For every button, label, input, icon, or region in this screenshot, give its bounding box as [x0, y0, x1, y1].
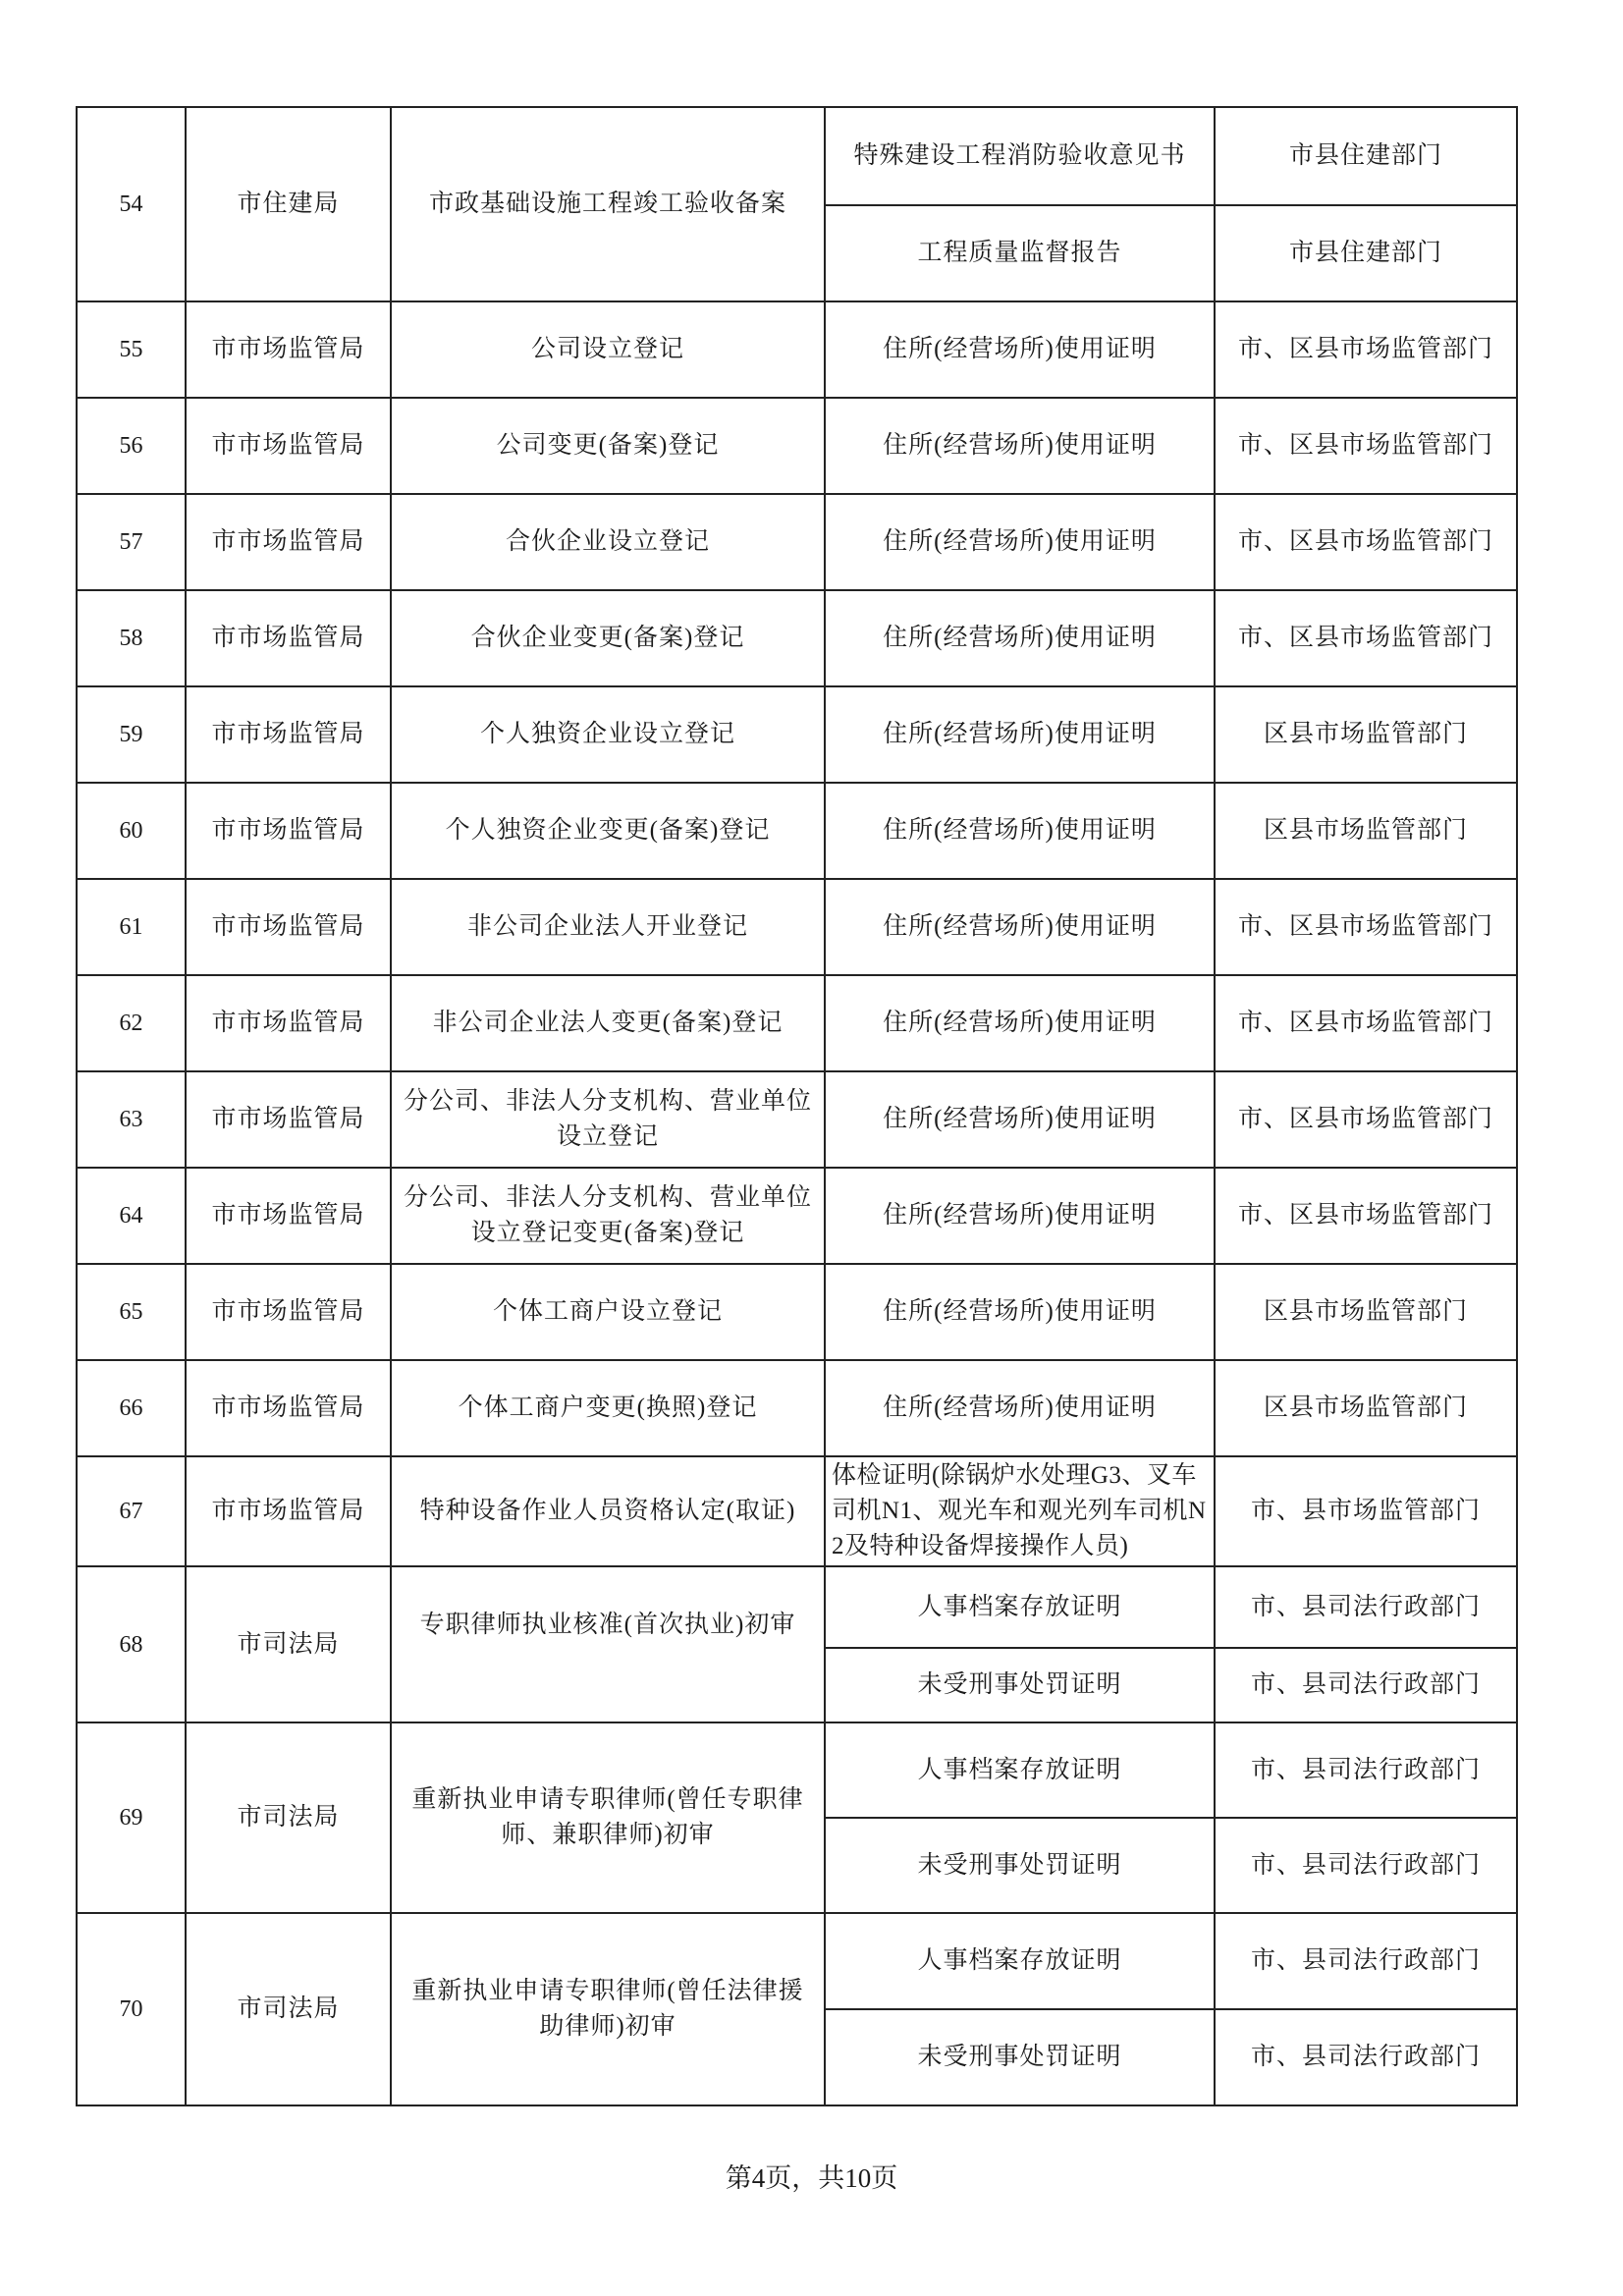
table-row: 59 市市场监管局 个人独资企业设立登记 住所(经营场所)使用证明 区县市场监管… — [77, 686, 1517, 783]
row-number: 57 — [77, 494, 186, 590]
issuer-cell: 市、县司法行政部门 — [1215, 1722, 1517, 1818]
proof-cell: 住所(经营场所)使用证明 — [825, 879, 1215, 975]
issuer-cell: 市县住建部门 — [1215, 107, 1517, 205]
table-row: 65 市市场监管局 个体工商户设立登记 住所(经营场所)使用证明 区县市场监管部… — [77, 1264, 1517, 1360]
table-row: 66 市市场监管局 个体工商户变更(换照)登记 住所(经营场所)使用证明 区县市… — [77, 1360, 1517, 1456]
item-cell: 合伙企业设立登记 — [391, 494, 825, 590]
proof-cell: 住所(经营场所)使用证明 — [825, 975, 1215, 1071]
department-cell: 市司法局 — [186, 1913, 391, 2105]
table-row: 64 市市场监管局 分公司、非法人分支机构、营业单位设立登记变更(备案)登记 住… — [77, 1168, 1517, 1264]
row-number: 54 — [77, 107, 186, 301]
issuer-cell: 市、县司法行政部门 — [1215, 1818, 1517, 1913]
proof-cell: 住所(经营场所)使用证明 — [825, 1360, 1215, 1456]
item-cell: 个人独资企业变更(备案)登记 — [391, 783, 825, 879]
department-cell: 市住建局 — [186, 107, 391, 301]
issuer-cell: 市、区县市场监管部门 — [1215, 1168, 1517, 1264]
row-number: 58 — [77, 590, 186, 686]
issuer-cell: 市、区县市场监管部门 — [1215, 398, 1517, 494]
item-cell: 个体工商户变更(换照)登记 — [391, 1360, 825, 1456]
issuer-cell: 市、区县市场监管部门 — [1215, 879, 1517, 975]
proof-cell: 住所(经营场所)使用证明 — [825, 301, 1215, 398]
issuer-cell: 区县市场监管部门 — [1215, 686, 1517, 783]
row-number: 66 — [77, 1360, 186, 1456]
table-row: 56 市市场监管局 公司变更(备案)登记 住所(经营场所)使用证明 市、区县市场… — [77, 398, 1517, 494]
table-row: 67 市市场监管局 特种设备作业人员资格认定(取证) 体检证明(除锅炉水处理G3… — [77, 1456, 1517, 1566]
row-number: 65 — [77, 1264, 186, 1360]
proof-cell: 未受刑事处罚证明 — [825, 1648, 1215, 1722]
department-cell: 市市场监管局 — [186, 1168, 391, 1264]
item-cell: 分公司、非法人分支机构、营业单位设立登记 — [391, 1071, 825, 1168]
department-cell: 市市场监管局 — [186, 1071, 391, 1168]
proof-cell: 住所(经营场所)使用证明 — [825, 494, 1215, 590]
item-cell: 非公司企业法人变更(备案)登记 — [391, 975, 825, 1071]
issuer-cell: 市、县司法行政部门 — [1215, 2009, 1517, 2105]
issuer-cell: 市、县司法行政部门 — [1215, 1566, 1517, 1648]
row-number: 70 — [77, 1913, 186, 2105]
item-cell: 个体工商户设立登记 — [391, 1264, 825, 1360]
proof-cell: 体检证明(除锅炉水处理G3、叉车司机N1、观光车和观光列车司机N2及特种设备焊接… — [825, 1456, 1215, 1566]
proof-cell: 人事档案存放证明 — [825, 1722, 1215, 1818]
department-cell: 市市场监管局 — [186, 1456, 391, 1566]
issuer-cell: 市、县市场监管部门 — [1215, 1456, 1517, 1566]
row-number: 59 — [77, 686, 186, 783]
department-cell: 市市场监管局 — [186, 879, 391, 975]
document-page: 54 市住建局 市政基础设施工程竣工验收备案 特殊建设工程消防验收意见书 市县住… — [0, 0, 1623, 2296]
department-cell: 市司法局 — [186, 1566, 391, 1722]
proof-cell: 人事档案存放证明 — [825, 1566, 1215, 1648]
item-cell: 公司变更(备案)登记 — [391, 398, 825, 494]
item-cell: 特种设备作业人员资格认定(取证) — [391, 1456, 825, 1566]
issuer-cell: 区县市场监管部门 — [1215, 783, 1517, 879]
proof-cell: 住所(经营场所)使用证明 — [825, 783, 1215, 879]
row-number: 67 — [77, 1456, 186, 1566]
item-cell: 市政基础设施工程竣工验收备案 — [391, 107, 825, 301]
issuer-cell: 市、区县市场监管部门 — [1215, 494, 1517, 590]
proof-cell: 住所(经营场所)使用证明 — [825, 686, 1215, 783]
proof-cell: 住所(经营场所)使用证明 — [825, 590, 1215, 686]
proof-cell: 人事档案存放证明 — [825, 1913, 1215, 2009]
department-cell: 市市场监管局 — [186, 398, 391, 494]
item-cell: 分公司、非法人分支机构、营业单位设立登记变更(备案)登记 — [391, 1168, 825, 1264]
table-row: 61 市市场监管局 非公司企业法人开业登记 住所(经营场所)使用证明 市、区县市… — [77, 879, 1517, 975]
issuer-cell: 市、县司法行政部门 — [1215, 1648, 1517, 1722]
table-row: 70 市司法局 重新执业申请专职律师(曾任法律援助律师)初审 人事档案存放证明 … — [77, 1913, 1517, 2009]
proof-cell: 特殊建设工程消防验收意见书 — [825, 107, 1215, 205]
department-cell: 市市场监管局 — [186, 686, 391, 783]
department-cell: 市司法局 — [186, 1722, 391, 1913]
proof-cell: 住所(经营场所)使用证明 — [825, 1168, 1215, 1264]
department-cell: 市市场监管局 — [186, 590, 391, 686]
table-row: 68 市司法局 专职律师执业核准(首次执业)初审 人事档案存放证明 市、县司法行… — [77, 1566, 1517, 1648]
department-cell: 市市场监管局 — [186, 494, 391, 590]
issuer-cell: 区县市场监管部门 — [1215, 1360, 1517, 1456]
department-cell: 市市场监管局 — [186, 1360, 391, 1456]
department-cell: 市市场监管局 — [186, 783, 391, 879]
item-cell: 非公司企业法人开业登记 — [391, 879, 825, 975]
table-row: 58 市市场监管局 合伙企业变更(备案)登记 住所(经营场所)使用证明 市、区县… — [77, 590, 1517, 686]
issuer-cell: 市、区县市场监管部门 — [1215, 590, 1517, 686]
row-number: 68 — [77, 1566, 186, 1722]
issuer-cell: 市、区县市场监管部门 — [1215, 1071, 1517, 1168]
item-cell: 公司设立登记 — [391, 301, 825, 398]
row-number: 61 — [77, 879, 186, 975]
table-row: 63 市市场监管局 分公司、非法人分支机构、营业单位设立登记 住所(经营场所)使… — [77, 1071, 1517, 1168]
issuer-cell: 市、区县市场监管部门 — [1215, 975, 1517, 1071]
table-row: 69 市司法局 重新执业申请专职律师(曾任专职律师、兼职律师)初审 人事档案存放… — [77, 1722, 1517, 1818]
proof-cell: 未受刑事处罚证明 — [825, 2009, 1215, 2105]
department-cell: 市市场监管局 — [186, 975, 391, 1071]
issuer-cell: 市、县司法行政部门 — [1215, 1913, 1517, 2009]
department-cell: 市市场监管局 — [186, 1264, 391, 1360]
row-number: 62 — [77, 975, 186, 1071]
item-cell: 合伙企业变更(备案)登记 — [391, 590, 825, 686]
table-row: 60 市市场监管局 个人独资企业变更(备案)登记 住所(经营场所)使用证明 区县… — [77, 783, 1517, 879]
item-cell: 个人独资企业设立登记 — [391, 686, 825, 783]
row-number: 63 — [77, 1071, 186, 1168]
table-row: 55 市市场监管局 公司设立登记 住所(经营场所)使用证明 市、区县市场监管部门 — [77, 301, 1517, 398]
table-row: 57 市市场监管局 合伙企业设立登记 住所(经营场所)使用证明 市、区县市场监管… — [77, 494, 1517, 590]
row-number: 60 — [77, 783, 186, 879]
row-number: 55 — [77, 301, 186, 398]
item-cell: 重新执业申请专职律师(曾任法律援助律师)初审 — [391, 1913, 825, 2105]
proof-cell: 住所(经营场所)使用证明 — [825, 1071, 1215, 1168]
proof-cell: 住所(经营场所)使用证明 — [825, 398, 1215, 494]
row-number: 69 — [77, 1722, 186, 1913]
certificate-table: 54 市住建局 市政基础设施工程竣工验收备案 特殊建设工程消防验收意见书 市县住… — [76, 106, 1518, 2106]
issuer-cell: 区县市场监管部门 — [1215, 1264, 1517, 1360]
proof-cell: 未受刑事处罚证明 — [825, 1818, 1215, 1913]
table-row: 62 市市场监管局 非公司企业法人变更(备案)登记 住所(经营场所)使用证明 市… — [77, 975, 1517, 1071]
page-number-footer: 第4页，共10页 — [0, 2157, 1623, 2195]
proof-cell: 工程质量监督报告 — [825, 205, 1215, 301]
table-row: 54 市住建局 市政基础设施工程竣工验收备案 特殊建设工程消防验收意见书 市县住… — [77, 107, 1517, 205]
item-cell: 重新执业申请专职律师(曾任专职律师、兼职律师)初审 — [391, 1722, 825, 1913]
issuer-cell: 市、区县市场监管部门 — [1215, 301, 1517, 398]
proof-cell: 住所(经营场所)使用证明 — [825, 1264, 1215, 1360]
item-cell: 专职律师执业核准(首次执业)初审 — [391, 1566, 825, 1722]
department-cell: 市市场监管局 — [186, 301, 391, 398]
issuer-cell: 市县住建部门 — [1215, 205, 1517, 301]
row-number: 56 — [77, 398, 186, 494]
row-number: 64 — [77, 1168, 186, 1264]
